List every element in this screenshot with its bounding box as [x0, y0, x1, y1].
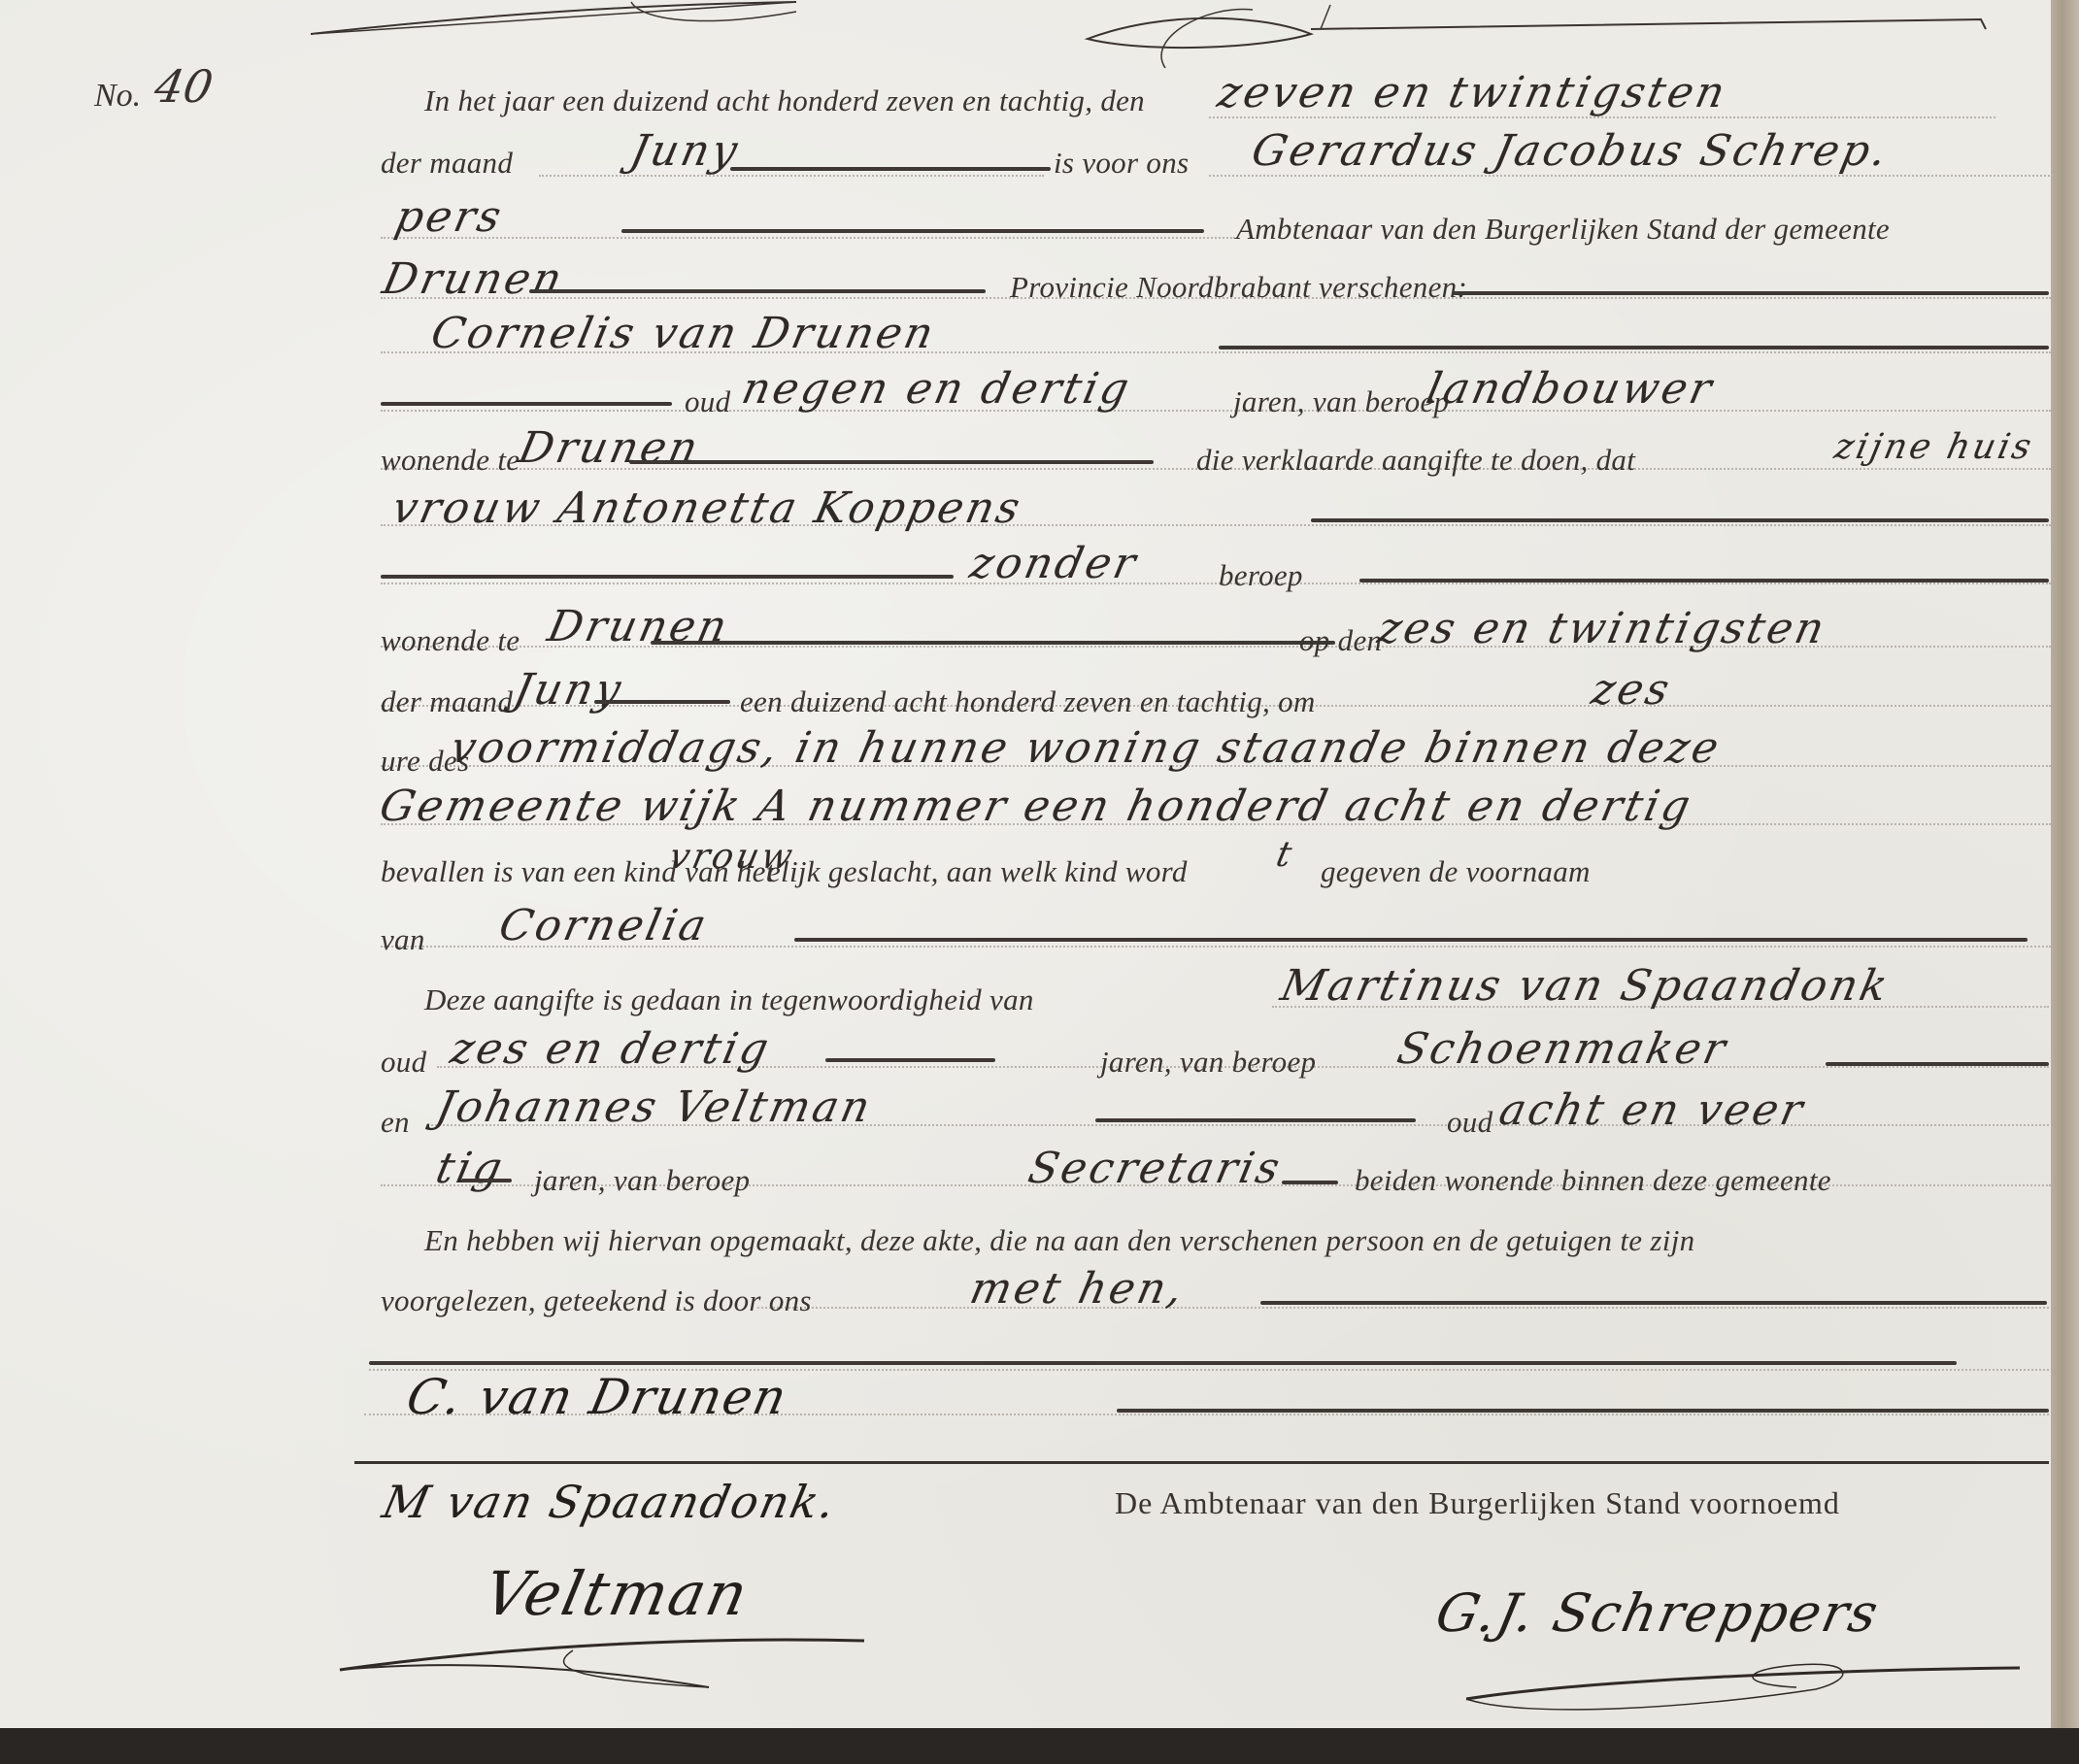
handwritten-witness2-name: Johannes Veltman — [432, 1082, 878, 1132]
signature-declarant: C. van Drunen — [402, 1369, 793, 1425]
handwritten-witness1-name: Martinus van Spaandonk — [1277, 961, 1895, 1011]
handwritten-day: zeven en twintigsten — [1214, 68, 1732, 117]
signature-official: G.J. Schreppers — [1430, 1582, 1885, 1644]
printed-text: op den — [1299, 623, 1382, 658]
handwritten-official-name: Gerardus Jacobus Schrep. — [1248, 126, 1895, 176]
fill-dash — [1095, 1118, 1416, 1122]
printed-text: en — [381, 1105, 410, 1140]
fill-dash — [621, 229, 1204, 233]
fill-dash — [730, 167, 1051, 171]
fill-dash — [529, 289, 986, 293]
handwritten-birth-day: zes en twintigsten — [1374, 604, 1831, 653]
handwritten-declarant-occupation: landbouwer — [1423, 364, 1719, 414]
fill-line — [381, 237, 1235, 239]
printed-text: wonende te — [381, 443, 520, 478]
printed-text: een duizend acht honderd zeven en tachti… — [740, 684, 1316, 719]
fill-dash — [629, 460, 1154, 464]
fill-dash — [1219, 346, 2049, 349]
handwritten-birth-month: Juny — [510, 665, 628, 715]
book-spine-shadow — [0, 1728, 2079, 1764]
handwritten-signed-with: met hen, — [966, 1264, 1190, 1314]
record-number: 40 — [151, 60, 217, 113]
printed-text: der maand — [381, 146, 513, 181]
printed-text: jaren, van beroep — [1100, 1045, 1316, 1080]
previous-record-flourish — [291, 0, 2039, 78]
printed-text: der maand — [381, 684, 513, 719]
printed-text: elijk geslacht, aan welk kind word — [767, 854, 1188, 889]
printed-text: Deze aangifte is gedaan in tegenwoordigh… — [424, 982, 1034, 1017]
fill-dash — [594, 700, 730, 704]
printed-text: Ambtenaar van den Burgerlijken Stand der… — [1236, 212, 1890, 247]
fill-dash — [381, 402, 672, 406]
printed-text: is voor ons — [1054, 146, 1189, 181]
printed-text: beiden wonende binnen deze gemeente — [1355, 1163, 1831, 1198]
fill-dash — [825, 1058, 995, 1062]
signature-flourish-official — [1447, 1641, 2029, 1728]
signature-witness-1: M van Spaandonk. — [378, 1476, 842, 1528]
printed-text: voorgelezen, geteekend is door ons — [381, 1283, 812, 1318]
handwritten-witness2-age-cont: tig — [432, 1144, 510, 1193]
handwritten-declarant-age: negen en dertig — [738, 364, 1136, 414]
fill-dash — [381, 575, 954, 579]
printed-text: die verklaarde aangifte te doen, dat — [1196, 443, 1635, 478]
handwritten-child-name: Cornelia — [495, 901, 714, 950]
fill-dash — [1282, 1181, 1338, 1184]
printed-text: van — [381, 922, 425, 957]
handwritten-birth-place: voormiddags, in hunne woning staande bin… — [447, 723, 1727, 773]
fill-dash — [794, 938, 2028, 942]
handwritten-address: Gemeente wijk A nummer een honderd acht … — [376, 782, 1697, 831]
printed-text: wonende te — [381, 623, 520, 658]
official-label: De Ambtenaar van den Burgerlijken Stand … — [1115, 1485, 1840, 1521]
handwritten-mother-occupation: zonder — [966, 539, 1143, 588]
fill-dash — [651, 641, 1335, 645]
fill-dash — [461, 1179, 512, 1182]
fill-line — [381, 582, 2051, 584]
handwritten-mother-name: vrouw Antonetta Koppens — [388, 483, 1027, 533]
printed-text: oud — [685, 384, 730, 419]
printed-text: jaren, van beroep — [534, 1163, 750, 1198]
fill-dash — [1452, 291, 2049, 295]
page-edge — [2051, 0, 2079, 1764]
fill-dash — [1311, 518, 2049, 522]
fill-dash — [1117, 1409, 2049, 1413]
signature-flourish-witness-2 — [330, 1631, 932, 1709]
fill-dash — [1359, 579, 2049, 582]
fill-dash — [369, 1361, 1957, 1365]
handwritten-official-name-cont: pers — [391, 192, 509, 242]
handwritten-birth-hour: zes — [1588, 665, 1677, 715]
handwritten-witness2-occupation: Secretaris — [1024, 1144, 1287, 1193]
printed-text: In het jaar een duizend acht honderd zev… — [424, 83, 1145, 118]
printed-text: oud — [1447, 1105, 1492, 1140]
printed-text: oud — [381, 1045, 426, 1080]
printed-text: gegeven de voornaam — [1321, 854, 1591, 889]
signature-witness-2: Veltman — [478, 1558, 755, 1629]
printed-text: En hebben wij hiervan opgemaakt, deze ak… — [424, 1223, 1694, 1258]
handwritten-declarant-residence: Drunen — [515, 423, 705, 473]
handwritten-relation: zijne huis — [1831, 427, 2038, 467]
printed-text: jaren, van beroep — [1233, 384, 1449, 419]
printed-text: Provincie Noordbrabant verschenen: — [1010, 270, 1467, 305]
fill-dash — [1826, 1062, 2049, 1066]
handwritten-witness2-age: acht en veer — [1495, 1085, 1810, 1135]
fill-line — [757, 1307, 2049, 1309]
handwritten-witness1-occupation: Schoenmaker — [1393, 1024, 1733, 1074]
fill-line — [539, 175, 1044, 177]
printed-text: beroep — [1219, 558, 1303, 593]
handwritten-municipality: Drunen — [379, 254, 569, 304]
closing-rule — [354, 1461, 2049, 1464]
fill-dash — [1260, 1301, 2047, 1305]
handwritten-witness1-age: zes en dertig — [447, 1024, 776, 1074]
record-number-label: No. — [94, 78, 141, 115]
handwritten-declarant-name: Cornelis van Drunen — [427, 309, 941, 358]
handwritten-month: Juny — [626, 126, 745, 176]
fill-line — [381, 410, 2051, 412]
